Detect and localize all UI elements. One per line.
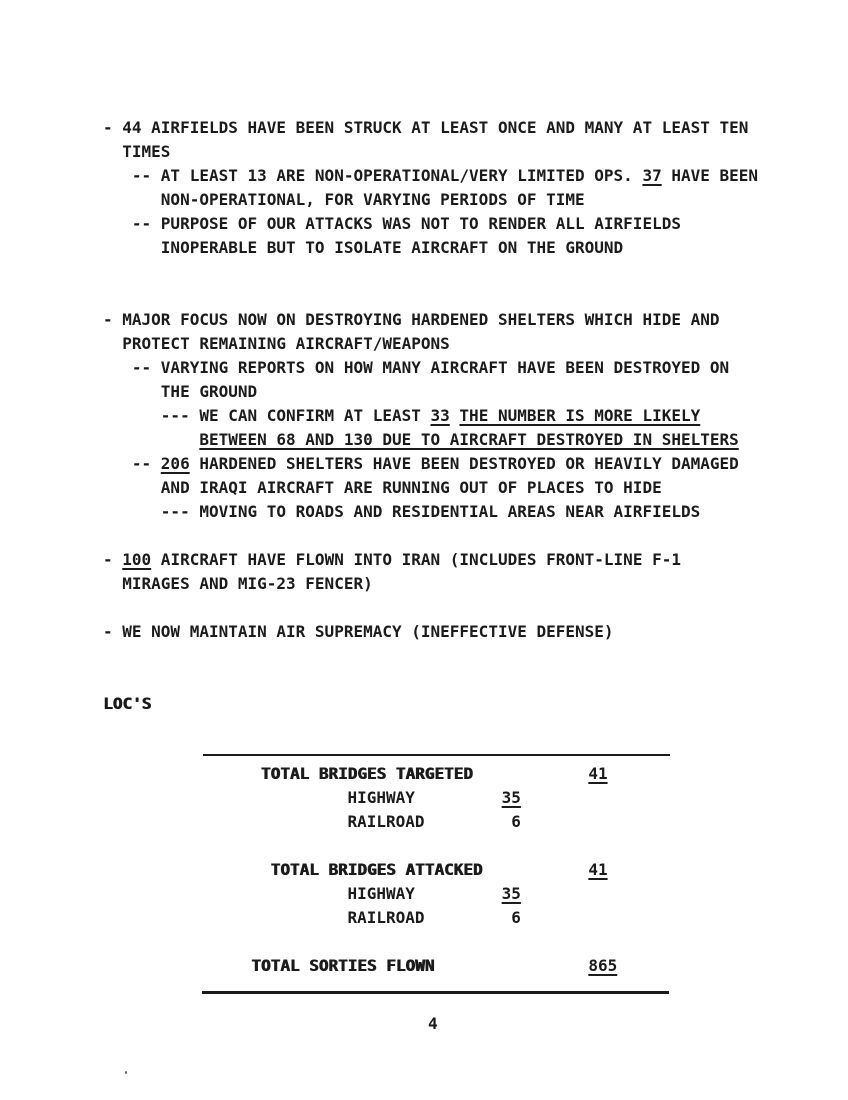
text-line: PROTECT REMAINING AIRCRAFT/WEAPONS [103, 332, 758, 356]
scan-artifact-dot [125, 1071, 127, 1074]
text-segment [203, 764, 261, 783]
text-line: - 44 AIRFIELDS HAVE BEEN STRUCK AT LEAST… [103, 116, 758, 140]
text-segment: 37 [642, 166, 661, 185]
text-segment: -- PURPOSE OF OUR ATTACKS WAS NOT TO REN… [103, 214, 681, 233]
text-line: NON-OPERATIONAL, FOR VARYING PERIODS OF … [103, 188, 758, 212]
text-segment: TOTAL BRIDGES ATTACKED [270, 860, 482, 879]
text-segment [482, 860, 588, 879]
text-segment [103, 670, 113, 689]
text-line: AND IRAQI AIRCRAFT ARE RUNNING OUT OF PL… [103, 476, 758, 500]
text-segment: -- AT LEAST 13 ARE NON-OPERATIONAL/VERY … [103, 166, 642, 185]
text-segment: -- [103, 454, 161, 473]
text-segment: -- VARYING REPORTS ON HOW MANY AIRCRAFT … [103, 358, 729, 377]
text-line: - MAJOR FOCUS NOW ON DESTROYING HARDENED… [103, 308, 758, 332]
text-segment [203, 836, 213, 855]
text-segment [434, 956, 588, 975]
text-segment: - [103, 550, 122, 569]
text-segment [103, 430, 199, 449]
text-segment: 865 [588, 956, 617, 975]
page-number: 4 [428, 1012, 438, 1036]
text-line [103, 260, 758, 284]
text-line: -- PURPOSE OF OUR ATTACKS WAS NOT TO REN… [103, 212, 758, 236]
text-line [103, 524, 758, 548]
text-segment: BETWEEN 68 AND 130 DUE TO AIRCRAFT DESTR… [199, 430, 738, 449]
text-line: --- WE CAN CONFIRM AT LEAST 33 THE NUMBE… [103, 404, 758, 428]
text-segment: 41 [588, 860, 607, 879]
text-segment [103, 526, 113, 545]
table-rule-bottom [202, 991, 669, 994]
text-line [103, 644, 758, 668]
text-segment [103, 598, 113, 617]
text-line: HIGHWAY 35 [203, 786, 617, 810]
text-segment [450, 406, 460, 425]
text-segment: 41 [588, 764, 607, 783]
text-line [203, 930, 617, 954]
text-segment [103, 646, 113, 665]
text-line [103, 284, 758, 308]
text-line: - WE NOW MAINTAIN AIR SUPREMACY (INEFFEC… [103, 620, 758, 644]
text-segment: RAILROAD 6 [203, 908, 521, 927]
text-line [103, 596, 758, 620]
document-page: - 44 AIRFIELDS HAVE BEEN STRUCK AT LEAST… [0, 0, 848, 1100]
text-line [203, 834, 617, 858]
briefing-body-text: - 44 AIRFIELDS HAVE BEEN STRUCK AT LEAST… [103, 116, 758, 716]
text-segment: --- WE CAN CONFIRM AT LEAST [103, 406, 431, 425]
text-line: TOTAL BRIDGES TARGETED 41 [203, 762, 617, 786]
text-segment: - 44 AIRFIELDS HAVE BEEN STRUCK AT LEAST… [103, 118, 748, 137]
text-segment: --- MOVING TO ROADS AND RESIDENTIAL AREA… [103, 502, 700, 521]
text-line: --- MOVING TO ROADS AND RESIDENTIAL AREA… [103, 500, 758, 524]
text-line: -- VARYING REPORTS ON HOW MANY AIRCRAFT … [103, 356, 758, 380]
text-segment [103, 286, 113, 305]
text-segment: 33 [431, 406, 450, 425]
text-line: MIRAGES AND MIG-23 FENCER) [103, 572, 758, 596]
text-segment: HIGHWAY [203, 788, 502, 807]
section-heading-locs: LOC'S [103, 694, 151, 713]
text-line: BETWEEN 68 AND 130 DUE TO AIRCRAFT DESTR… [103, 428, 758, 452]
loc-table: TOTAL BRIDGES TARGETED 41 HIGHWAY 35 RAI… [203, 762, 617, 978]
text-segment: THE GROUND [103, 382, 257, 401]
text-segment: RAILROAD 6 [203, 812, 521, 831]
text-segment: 35 [502, 788, 521, 807]
text-segment: 35 [502, 884, 521, 903]
text-segment: HAVE BEEN [662, 166, 758, 185]
text-line: -- 206 HARDENED SHELTERS HAVE BEEN DESTR… [103, 452, 758, 476]
text-line: TIMES [103, 140, 758, 164]
text-segment: TIMES [103, 142, 170, 161]
text-segment: TOTAL BRIDGES TARGETED [261, 764, 473, 783]
text-segment: AIRCRAFT HAVE FLOWN INTO IRAN (INCLUDES … [151, 550, 681, 569]
text-segment [203, 932, 213, 951]
text-segment: HARDENED SHELTERS HAVE BEEN DESTROYED OR… [190, 454, 739, 473]
text-line: RAILROAD 6 [203, 906, 617, 930]
text-line: INOPERABLE BUT TO ISOLATE AIRCRAFT ON TH… [103, 236, 758, 260]
text-line: TOTAL BRIDGES ATTACKED 41 [203, 858, 617, 882]
text-line: THE GROUND [103, 380, 758, 404]
text-segment [203, 956, 251, 975]
text-segment: 206 [161, 454, 190, 473]
text-line: RAILROAD 6 [203, 810, 617, 834]
table-rule-top [203, 754, 670, 756]
text-segment: TOTAL SORTIES FLOWN [251, 956, 434, 975]
text-segment: 100 [122, 550, 151, 569]
text-segment: - MAJOR FOCUS NOW ON DESTROYING HARDENED… [103, 310, 720, 329]
text-segment: INOPERABLE BUT TO ISOLATE AIRCRAFT ON TH… [103, 238, 623, 257]
text-line: HIGHWAY 35 [203, 882, 617, 906]
text-segment: THE NUMBER IS MORE LIKELY [459, 406, 700, 425]
text-segment: HIGHWAY [203, 884, 502, 903]
text-segment [103, 262, 113, 281]
text-segment: MIRAGES AND MIG-23 FENCER) [103, 574, 373, 593]
text-line: TOTAL SORTIES FLOWN 865 [203, 954, 617, 978]
text-segment: NON-OPERATIONAL, FOR VARYING PERIODS OF … [103, 190, 585, 209]
text-segment [203, 860, 270, 879]
text-line: LOC'S [103, 692, 758, 716]
text-segment [473, 764, 589, 783]
text-line: -- AT LEAST 13 ARE NON-OPERATIONAL/VERY … [103, 164, 758, 188]
text-line [103, 668, 758, 692]
text-segment: PROTECT REMAINING AIRCRAFT/WEAPONS [103, 334, 450, 353]
text-segment: AND IRAQI AIRCRAFT ARE RUNNING OUT OF PL… [103, 478, 662, 497]
text-segment: - WE NOW MAINTAIN AIR SUPREMACY (INEFFEC… [103, 622, 614, 641]
text-line: - 100 AIRCRAFT HAVE FLOWN INTO IRAN (INC… [103, 548, 758, 572]
